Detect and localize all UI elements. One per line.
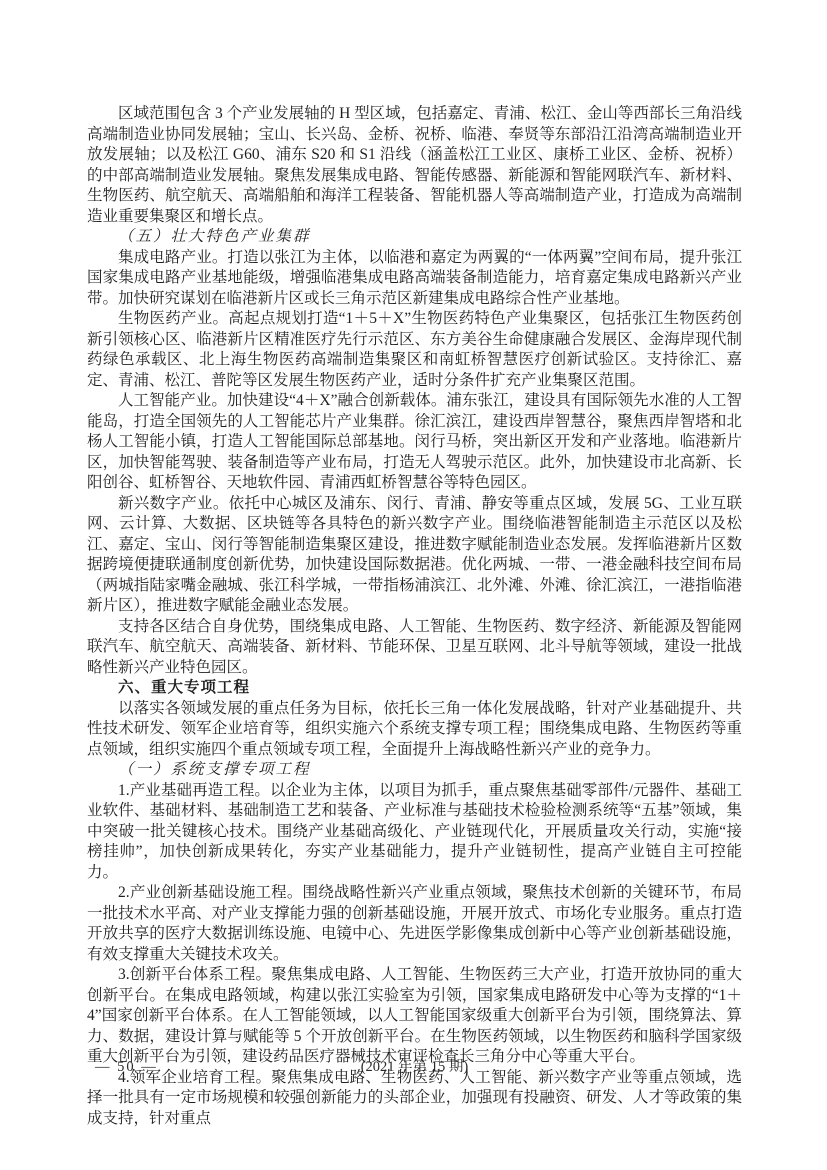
heading-section-5-industry-clusters: （五）壮大特色产业集群	[87, 227, 742, 248]
heading-subsection-1-system-support: （一）系统支撑专项工程	[87, 760, 742, 781]
paragraph-district-support: 支持各区结合自身优势，围绕集成电路、人工智能、生物医药、数字经济、新能源及智能网…	[87, 617, 742, 679]
document-body: 区域范围包含 3 个产业发展轴的 H 型区域，包括嘉定、青浦、松江、金山等西部长…	[87, 104, 742, 1129]
paragraph-project-2-innovation-infrastructure: 2.产业创新基础设施工程。围绕战略性新兴产业重点领域，聚焦技术创新的关键环节，布…	[87, 883, 742, 965]
paragraph-projects-overview: 以落实各领域发展的重点任务为目标，依托长三角一体化发展战略，针对产业基础提升、共…	[87, 699, 742, 761]
footer-issue-label: (2021 年第 15 期)	[87, 1056, 742, 1078]
paragraph-project-3-platform-system: 3.创新平台体系工程。聚焦集成电路、人工智能、生物医药三大产业，打造开放协同的重…	[87, 965, 742, 1068]
paragraph-project-1-industry-base: 1.产业基础再造工程。以企业为主体，以项目为抓手，重点聚焦基础零部件/元器件、基…	[87, 781, 742, 884]
paragraph-integrated-circuits: 集成电路产业。打造以张江为主体，以临港和嘉定为两翼的“一体两翼”空间布局，提升张…	[87, 248, 742, 310]
paragraph-region-axes: 区域范围包含 3 个产业发展轴的 H 型区域，包括嘉定、青浦、松江、金山等西部长…	[87, 104, 742, 227]
paragraph-emerging-digital: 新兴数字产业。依托中心城区及浦东、闵行、青浦、静安等重点区域，发展 5G、工业互…	[87, 494, 742, 617]
paragraph-biomedicine: 生物医药产业。高起点规划打造“1＋5＋X”生物医药特色产业集聚区，包括张江生物医…	[87, 309, 742, 391]
page-footer: — 50 — (2021 年第 15 期)	[87, 1056, 742, 1078]
paragraph-artificial-intelligence: 人工智能产业。加快建设“4＋X”融合创新载体。浦东张江，建设具有国际领先水准的人…	[87, 391, 742, 494]
document-page: 区域范围包含 3 个产业发展轴的 H 型区域，包括嘉定、青浦、松江、金山等西部长…	[0, 0, 827, 1170]
heading-chapter-6-major-projects: 六、重大专项工程	[87, 678, 742, 699]
